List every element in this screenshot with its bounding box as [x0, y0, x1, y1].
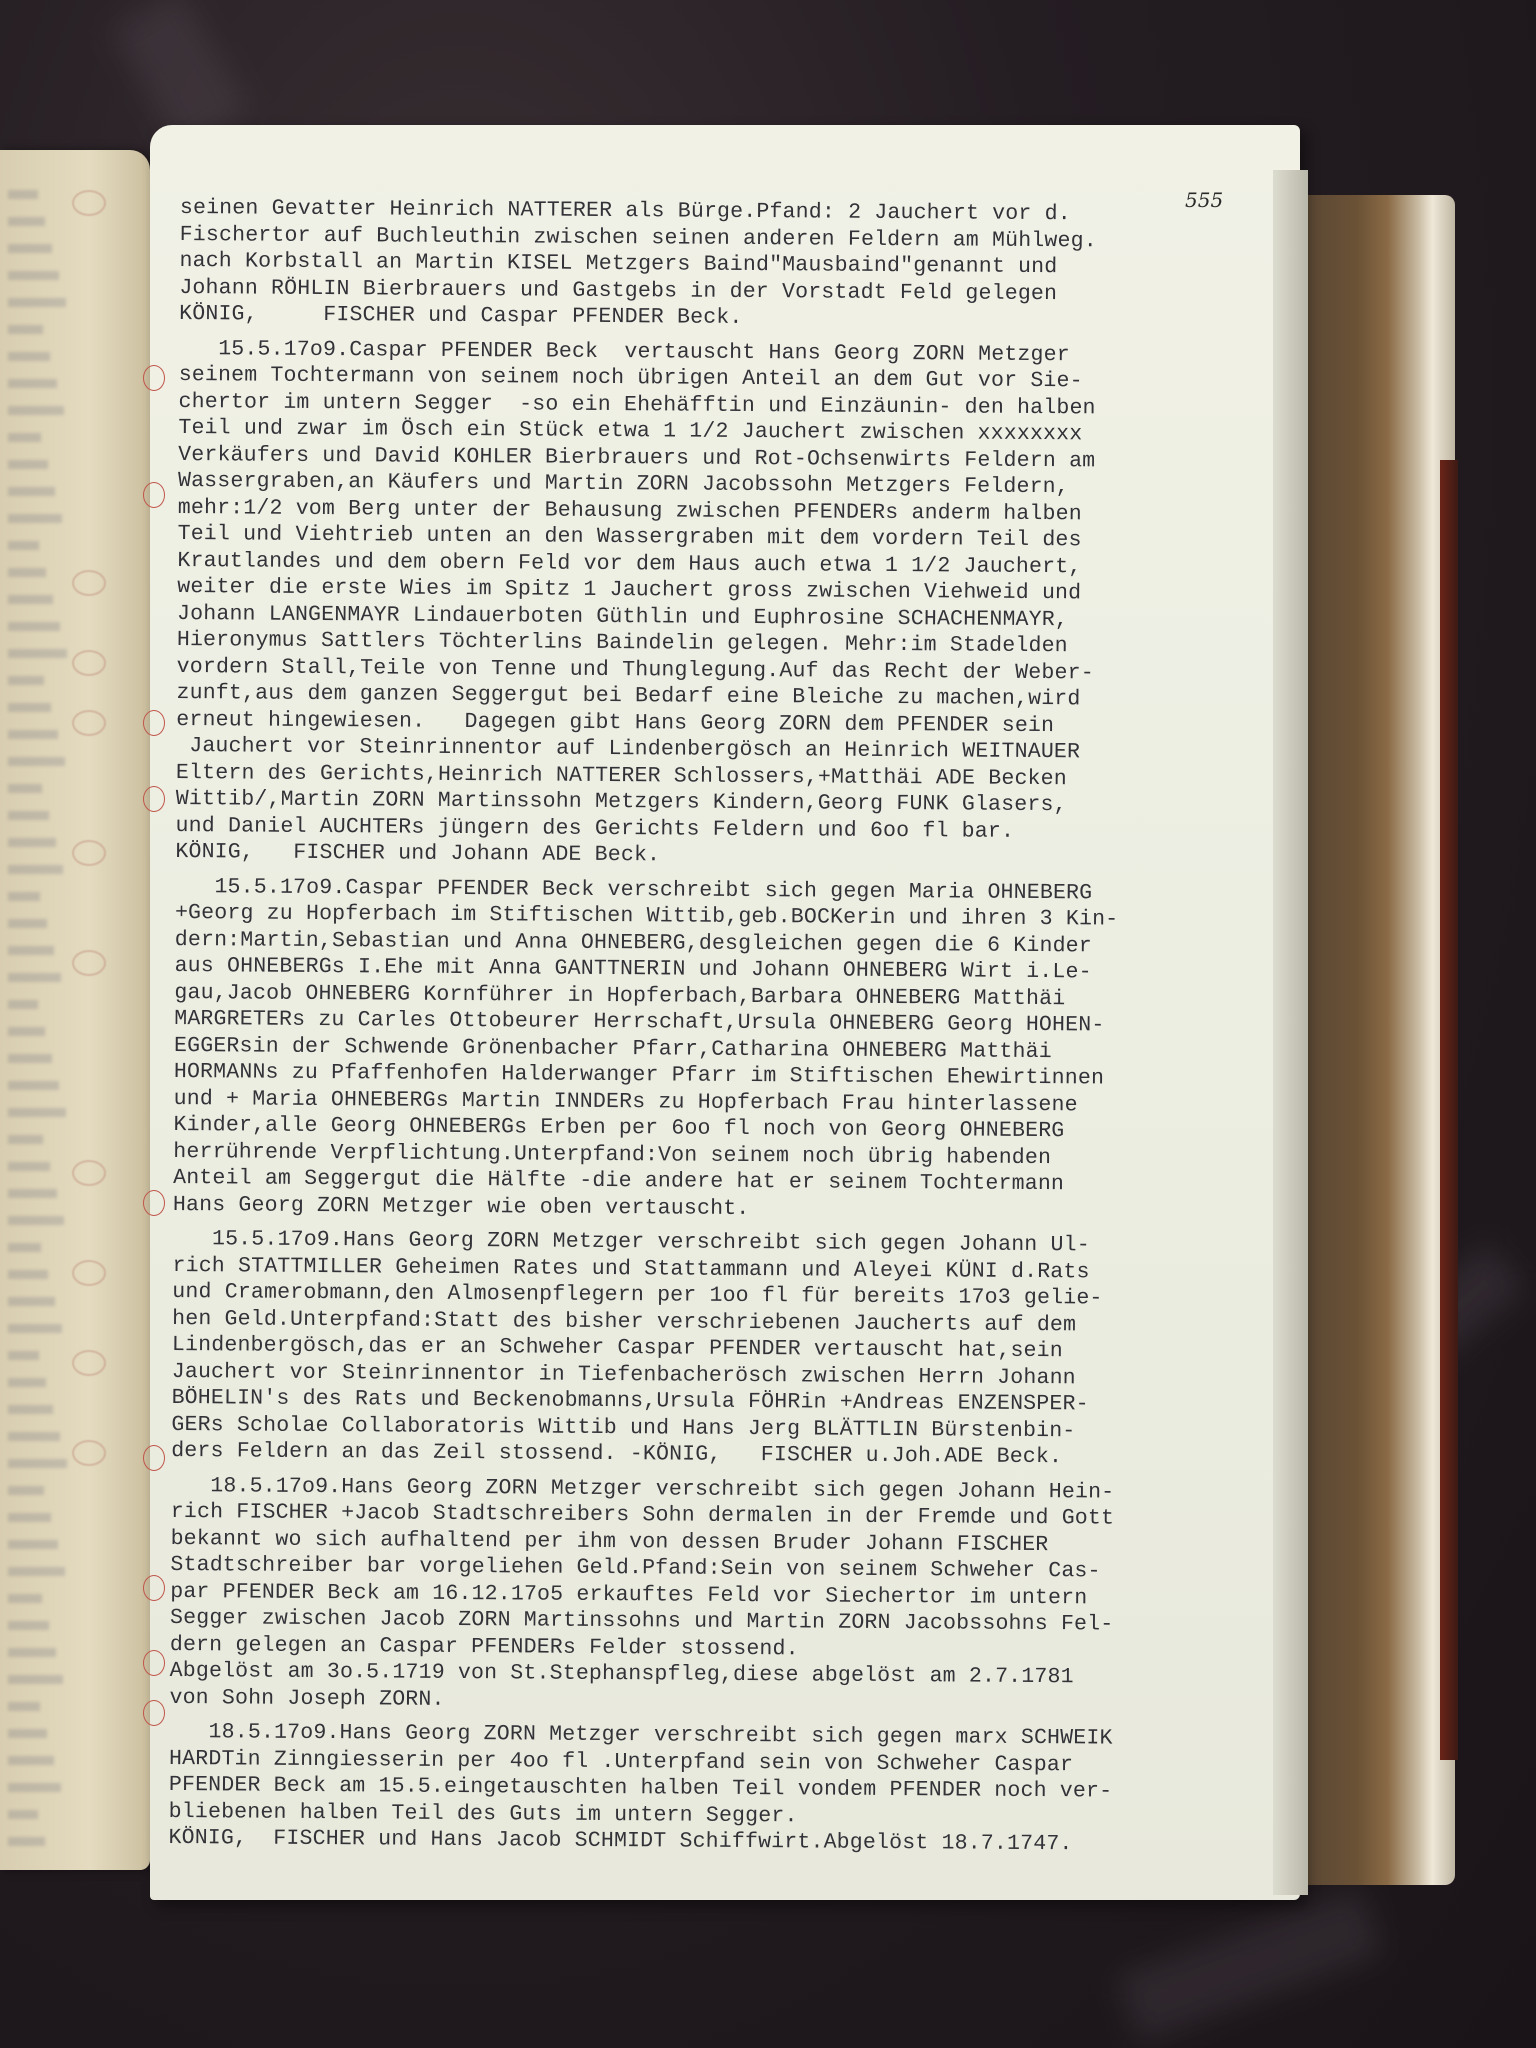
- blurred-text-line: [8, 460, 48, 469]
- blurred-text-line: [8, 1135, 43, 1144]
- document-entry: 15.5.17o9.Caspar PFENDER Beck verschreib…: [173, 873, 1275, 1225]
- blurred-text-line: [8, 1837, 45, 1846]
- blurred-text-line: [8, 1432, 60, 1441]
- document-entry: 18.5.17o9.Hans Georg ZORN Metzger versch…: [168, 1719, 1269, 1859]
- blurred-text-line: [8, 1027, 45, 1036]
- blurred-text-line: [8, 190, 38, 199]
- blurred-margin-mark: [72, 710, 106, 736]
- blurred-text-line: [8, 1567, 65, 1576]
- document-entry: 15.5.17o9.Caspar PFENDER Beck vertauscht…: [175, 335, 1279, 873]
- blurred-text-line: [8, 406, 64, 415]
- blurred-text-line: [8, 1702, 40, 1711]
- blurred-text-line: [8, 298, 66, 307]
- blurred-text-line: [8, 1594, 42, 1603]
- margin-annotation-mark: [143, 1190, 165, 1216]
- blurred-margin-mark: [72, 1260, 106, 1286]
- blurred-text-line: [8, 1351, 39, 1360]
- margin-annotation-mark: [143, 1445, 165, 1471]
- blurred-margin-mark: [72, 840, 106, 866]
- blurred-text-line: [8, 676, 44, 685]
- blurred-text-line: [8, 838, 56, 847]
- margin-annotation-mark: [143, 786, 165, 812]
- blurred-text-line: [8, 1783, 61, 1792]
- blurred-text-line: [8, 1108, 66, 1117]
- margin-annotation-mark: [143, 365, 165, 391]
- blurred-margin-mark: [72, 1440, 106, 1466]
- blurred-text-line: [8, 433, 41, 442]
- blurred-margin-mark: [72, 190, 106, 216]
- document-entry: seinen Gevatter Heinrich NATTERER als Bü…: [179, 195, 1280, 335]
- book-red-edge: [1440, 460, 1458, 1760]
- blurred-text-line: [8, 919, 47, 928]
- document-entry: 15.5.17o9.Hans Georg ZORN Metzger versch…: [171, 1226, 1273, 1472]
- blurred-text-line: [8, 487, 55, 496]
- margin-annotation-mark: [143, 482, 165, 508]
- blurred-text-line: [8, 1054, 52, 1063]
- blurred-text-line: [8, 1216, 64, 1225]
- blurred-text-line: [8, 1324, 62, 1333]
- left-book-page: [0, 150, 150, 1870]
- blurred-text-line: [8, 1810, 38, 1819]
- blurred-text-line: [8, 1729, 47, 1738]
- blurred-margin-mark: [72, 950, 106, 976]
- blurred-text-line: [8, 1540, 58, 1549]
- blurred-text-line: [8, 649, 67, 658]
- blurred-text-line: [8, 703, 51, 712]
- blurred-text-line: [8, 1459, 67, 1468]
- blurred-text-line: [8, 1270, 48, 1279]
- blurred-text-line: [8, 1000, 38, 1009]
- blurred-text-line: [8, 1162, 50, 1171]
- blurred-text-line: [8, 1243, 41, 1252]
- blurred-text-line: [8, 1297, 55, 1306]
- blurred-text-line: [8, 352, 50, 361]
- margin-annotation-mark: [143, 710, 165, 736]
- blurred-text-line: [8, 1405, 53, 1414]
- blurred-text-line: [8, 1756, 54, 1765]
- margin-annotation-mark: [143, 1700, 165, 1726]
- blurred-text-line: [8, 757, 65, 766]
- blurred-text-line: [8, 1486, 44, 1495]
- blurred-text-line: [8, 217, 45, 226]
- blurred-text-line: [8, 1675, 63, 1684]
- blurred-text-line: [8, 946, 54, 955]
- blurred-text-line: [8, 541, 39, 550]
- blurred-text-line: [8, 892, 40, 901]
- blurred-text-line: [8, 325, 43, 334]
- document-entry: 18.5.17o9.Hans Georg ZORN Metzger versch…: [169, 1472, 1271, 1718]
- blurred-text-line: [8, 784, 42, 793]
- blurred-text-line: [8, 379, 57, 388]
- blurred-text-line: [8, 1378, 46, 1387]
- book-page-edges: [1305, 195, 1455, 1885]
- blurred-text-line: [8, 622, 60, 631]
- blurred-margin-mark: [72, 650, 106, 676]
- blurred-text-line: [8, 1648, 56, 1657]
- blurred-margin-mark: [72, 570, 106, 596]
- blurred-text-line: [8, 595, 53, 604]
- blurred-text-line: [8, 730, 58, 739]
- margin-annotation-mark: [143, 1650, 165, 1676]
- blurred-text-line: [8, 244, 52, 253]
- blurred-text-line: [8, 568, 46, 577]
- blurred-text-line: [8, 1621, 49, 1630]
- background-fabric: [1116, 1888, 1384, 2043]
- margin-annotation-mark: [143, 1575, 165, 1601]
- blurred-text-line: [8, 1513, 51, 1522]
- blurred-text-line: [8, 514, 62, 523]
- blurred-margin-mark: [72, 1350, 106, 1376]
- blurred-text-line: [8, 1189, 57, 1198]
- blurred-text-line: [8, 865, 63, 874]
- blurred-text-line: [8, 973, 61, 982]
- blurred-margin-mark: [72, 1160, 106, 1186]
- blurred-text-line: [8, 271, 59, 280]
- blurred-text-line: [8, 811, 49, 820]
- blurred-text-line: [8, 1081, 59, 1090]
- document-text: seinen Gevatter Heinrich NATTERER als Bü…: [168, 195, 1280, 1859]
